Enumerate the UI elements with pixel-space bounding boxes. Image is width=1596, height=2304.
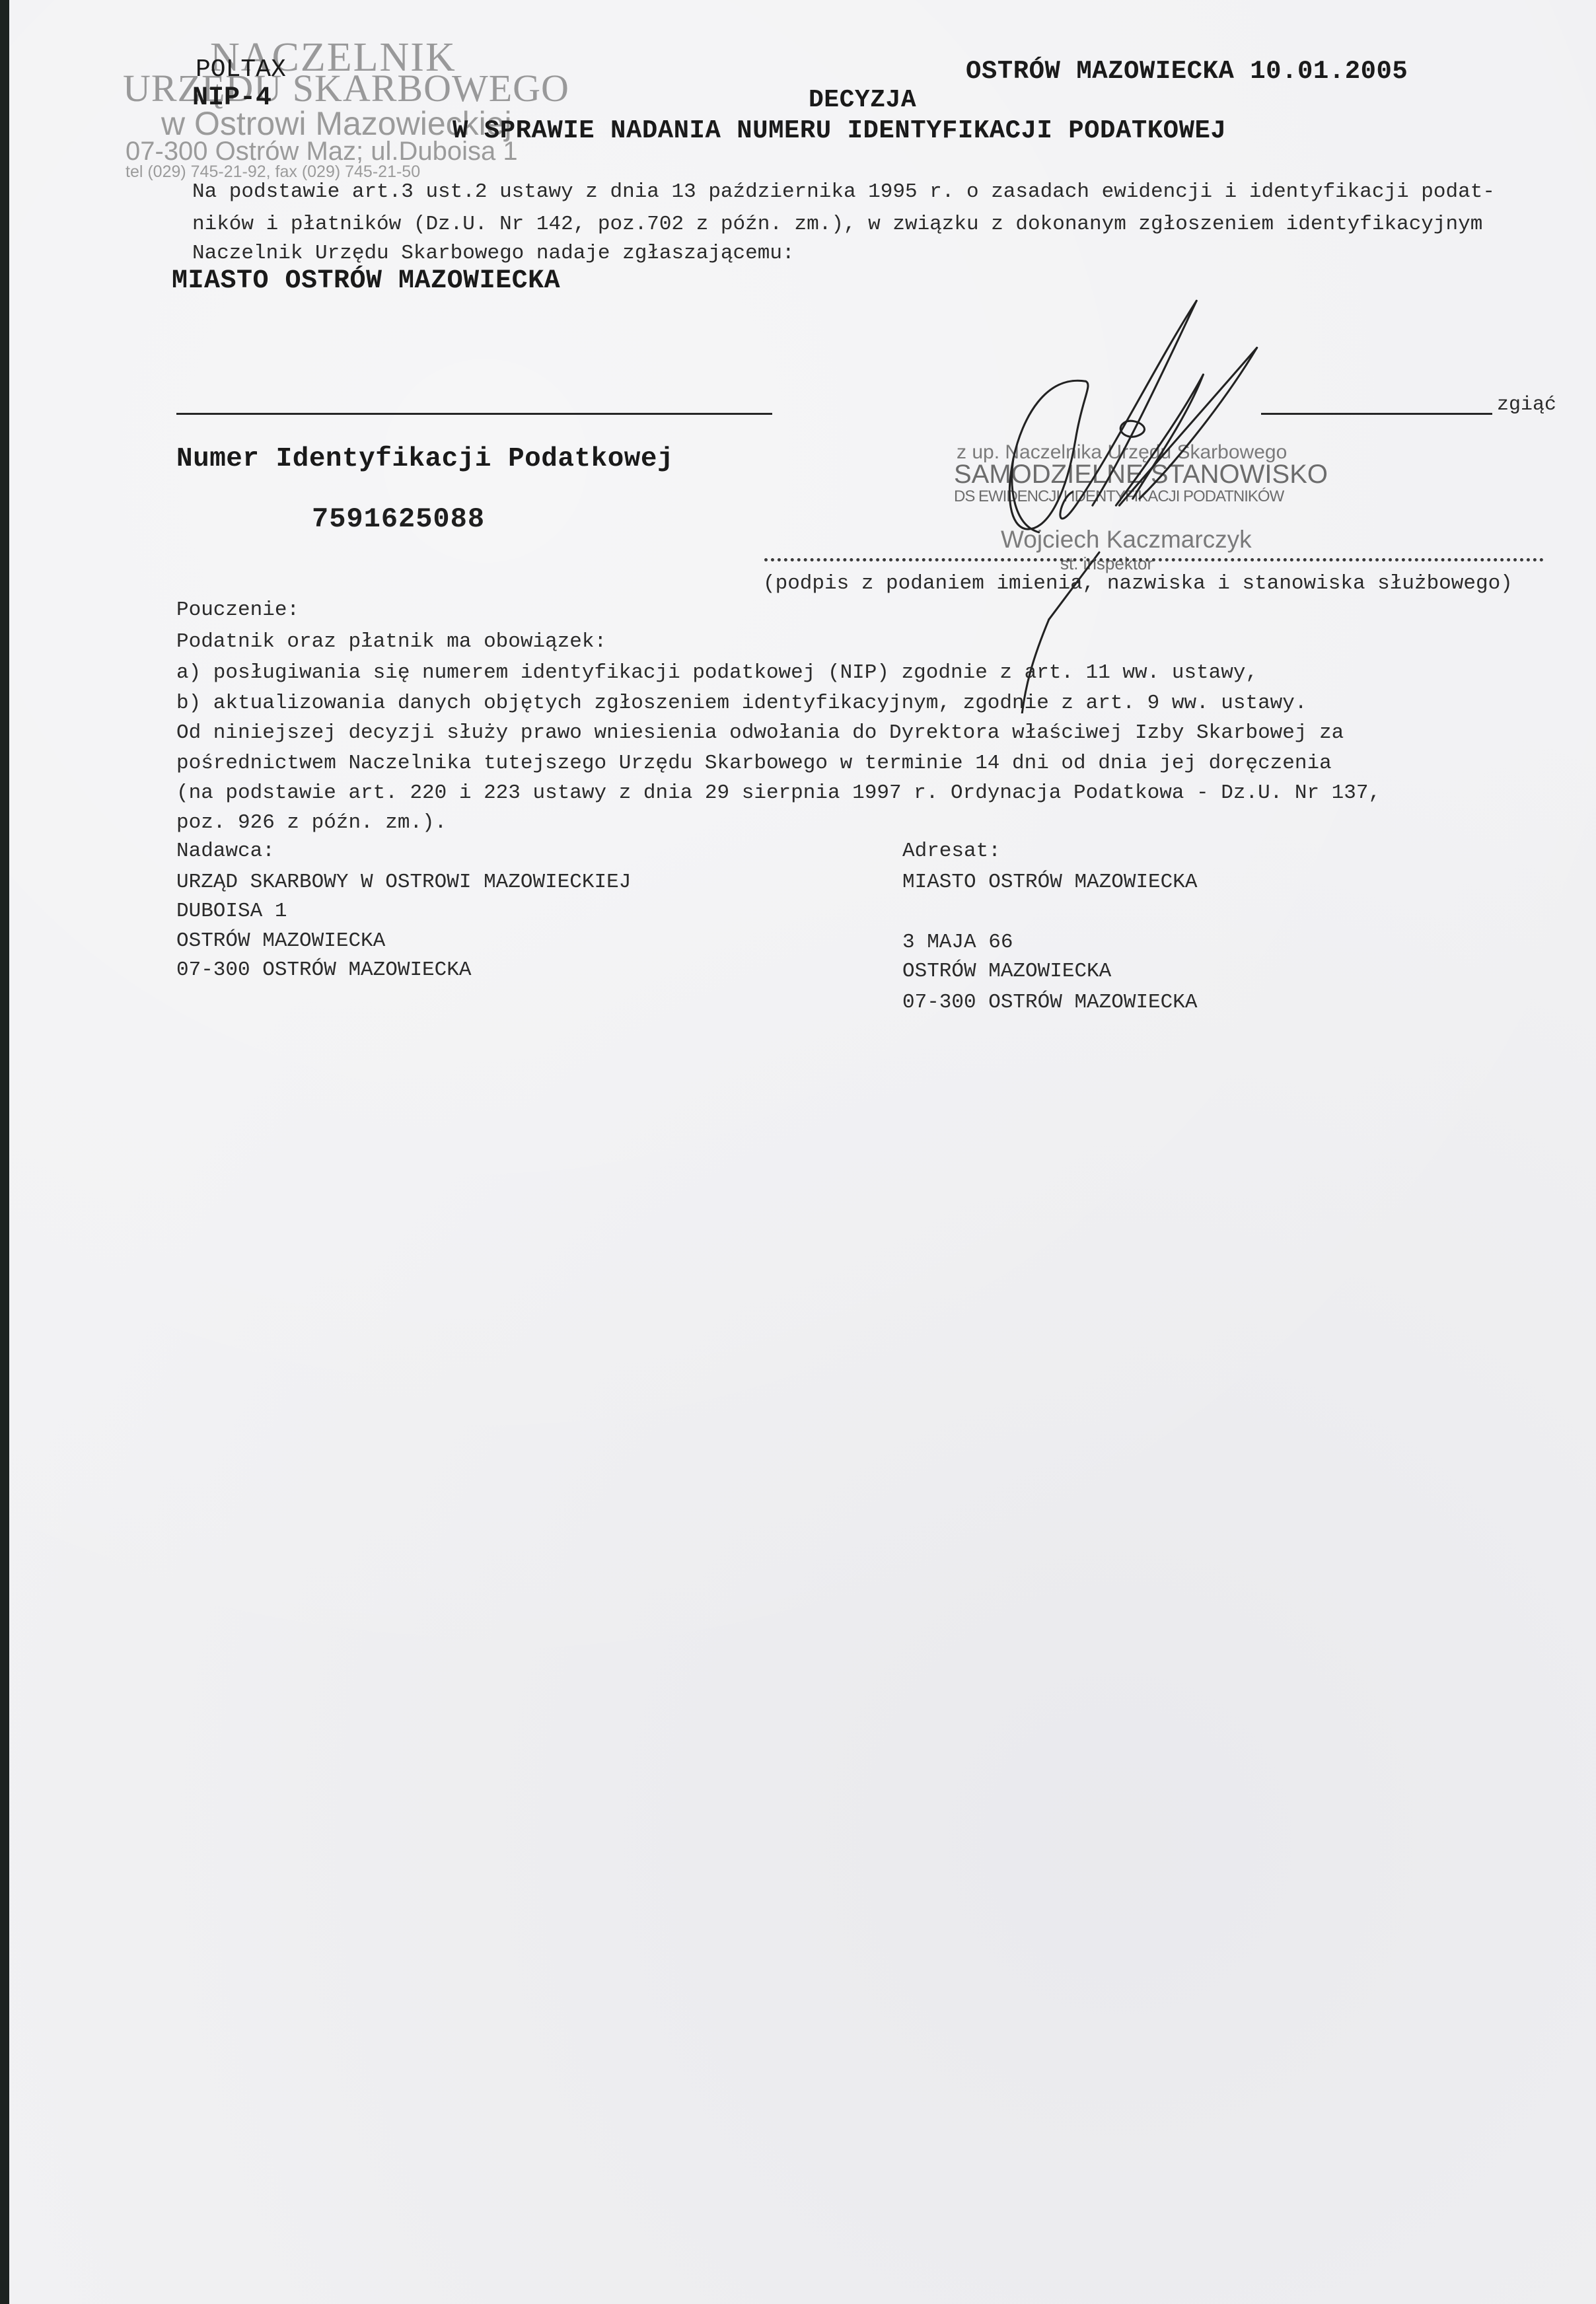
scan-edge — [0, 0, 9, 2304]
signature-caption: (podpis z podaniem imienia, nazwiska i s… — [763, 573, 1513, 594]
paper-background — [9, 0, 1596, 2304]
signature-dotted-line — [764, 558, 1544, 561]
nip-value: 7591625088 — [312, 503, 485, 535]
fold-label: zgiąć — [1497, 395, 1556, 415]
instruction-line-4: Od niniejszej decyzji służy prawo wniesi… — [176, 723, 1344, 743]
instruction-line-2: a) posługiwania się numerem identyfikacj… — [176, 663, 1258, 683]
instruction-line-1: Podatnik oraz płatnik ma obowiązek: — [176, 631, 606, 652]
stamp-contact: tel (029) 745-21-92, fax (029) 745-21-50 — [126, 162, 420, 182]
addressee-label: Adresat: — [902, 841, 1001, 861]
sender-line-3: OSTRÓW MAZOWIECKA — [176, 931, 385, 951]
title-decyzja: DECYZJA — [809, 86, 916, 114]
intro-line-2: ników i płatników (Dz.U. Nr 142, poz.702… — [192, 214, 1482, 234]
title-subject: W SPRAWIE NADANIA NUMERU IDENTYFIKACJI P… — [453, 116, 1226, 145]
sender-label: Nadawca: — [176, 841, 275, 861]
sender-line-4: 07-300 OSTRÓW MAZOWIECKA — [176, 960, 471, 980]
intro-line-3: Naczelnik Urzędu Skarbowego nadaje zgłas… — [192, 243, 795, 264]
form-system: POLTAX — [196, 55, 286, 84]
instruction-line-7: poz. 926 z późn. zm.). — [176, 812, 447, 833]
nip-label: Numer Identyfikacji Podatkowej — [176, 444, 674, 474]
addressee-line-5: 07-300 OSTRÓW MAZOWIECKA — [902, 992, 1197, 1013]
fold-line-left — [176, 413, 772, 415]
addressee-line-3: 3 MAJA 66 — [902, 932, 1013, 953]
handwritten-signature — [958, 284, 1328, 713]
instruction-line-3: b) aktualizowania danych objętych zgłosz… — [176, 693, 1307, 713]
sender-line-1: URZĄD SKARBOWY W OSTROWI MAZOWIECKIEJ — [176, 872, 631, 892]
sender-line-2: DUBOISA 1 — [176, 901, 287, 921]
instruction-heading: Pouczenie: — [176, 600, 299, 620]
instruction-line-6: (na podstawie art. 220 i 223 ustawy z dn… — [176, 783, 1381, 803]
place-date: OSTRÓW MAZOWIECKA 10.01.2005 — [966, 57, 1408, 86]
addressee-line-4: OSTRÓW MAZOWIECKA — [902, 961, 1111, 982]
recipient-name: MIASTO OSTRÓW MAZOWIECKA — [172, 266, 560, 296]
addressee-line-1: MIASTO OSTRÓW MAZOWIECKA — [902, 872, 1197, 892]
intro-line-1: Na podstawie art.3 ust.2 ustawy z dnia 1… — [192, 182, 1495, 202]
instruction-line-5: pośrednictwem Naczelnika tutejszego Urzę… — [176, 753, 1332, 774]
form-code: NIP-4 — [192, 83, 272, 113]
stamp-line-urzedu: URZĘDU SKARBOWEGO — [123, 66, 569, 110]
